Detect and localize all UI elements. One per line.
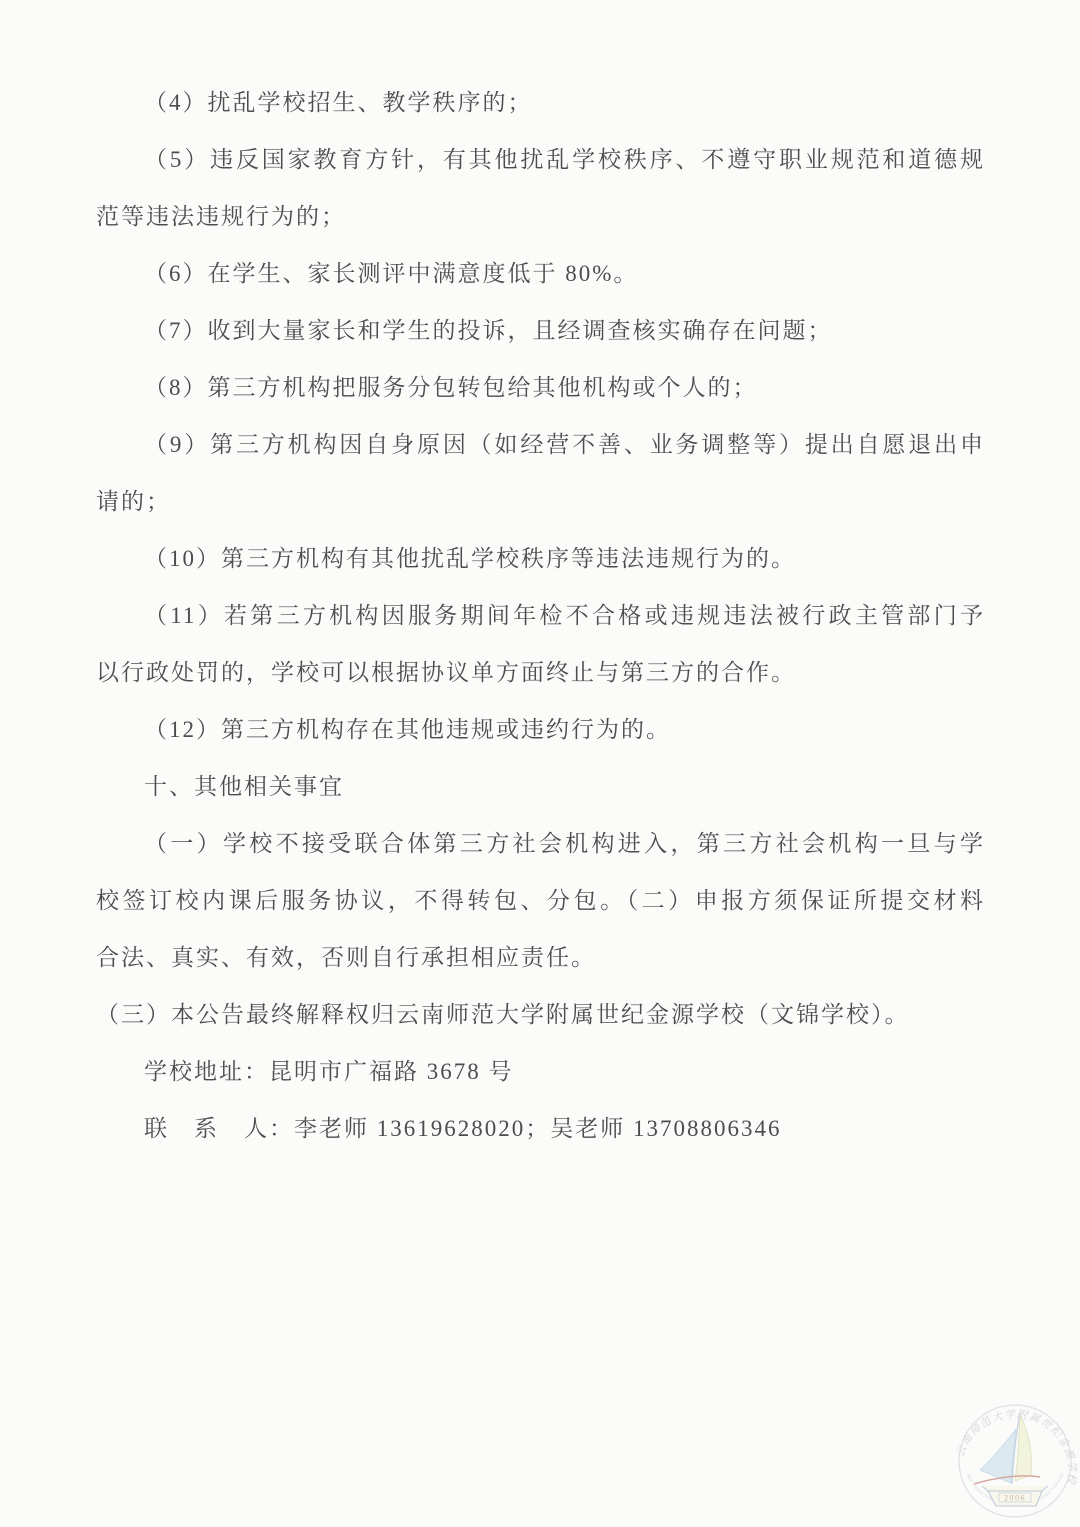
clause-line: （9）第三方机构因自身原因（如经营不善、业务调整等）提出自愿退出申	[96, 416, 985, 473]
school-address-line: 学校地址：昆明市广福路 3678 号	[96, 1043, 985, 1100]
clause-line: （10）第三方机构有其他扰乱学校秩序等违法违规行为的。	[96, 530, 985, 587]
seal-year-text: 2006	[1004, 1494, 1026, 1503]
clause-line: （5）违反国家教育方针，有其他扰乱学校秩序、不遵守职业规范和道德规	[96, 131, 985, 188]
document-body: （4）扰乱学校招生、教学秩序的； （5）违反国家教育方针，有其他扰乱学校秩序、不…	[96, 74, 985, 1157]
section-heading-line: 十、其他相关事宜	[96, 758, 985, 815]
clause-line: 以行政处罚的，学校可以根据协议单方面终止与第三方的合作。	[96, 644, 985, 701]
document-page: （4）扰乱学校招生、教学秩序的； （5）违反国家教育方针，有其他扰乱学校秩序、不…	[0, 0, 1080, 1527]
clause-line: （4）扰乱学校招生、教学秩序的；	[96, 74, 985, 131]
clause-line: （8）第三方机构把服务分包转包给其他机构或个人的；	[96, 359, 985, 416]
clause-line: （一）学校不接受联合体第三方社会机构进入，第三方社会机构一旦与学	[96, 815, 985, 872]
clause-line: 合法、真实、有效，否则自行承担相应责任。	[96, 929, 985, 986]
clause-line: 请的；	[96, 473, 985, 530]
clause-line: （12）第三方机构存在其他违规或违约行为的。	[96, 701, 985, 758]
clause-line: （11）若第三方机构因服务期间年检不合格或违规违法被行政主管部门予	[96, 587, 985, 644]
clause-line: （7）收到大量家长和学生的投诉，且经调查核实确存在问题；	[96, 302, 985, 359]
sailboat-left-sail	[980, 1429, 1016, 1483]
clause-line: 校签订校内课后服务协议，不得转包、分包。（二）申报方须保证所提交材料	[96, 872, 985, 929]
clause-line: （三）本公告最终解释权归云南师范大学附属世纪金源学校（文锦学校）。	[96, 986, 985, 1043]
clause-line: 范等违法违规行为的；	[96, 188, 985, 245]
clause-line: （6）在学生、家长测评中满意度低于 80%。	[96, 245, 985, 302]
contact-person-line: 联 系 人：李老师 13619628020；吴老师 13708806346	[96, 1100, 985, 1157]
school-seal-watermark: 云南师范大学附属世纪金源学校 Shiji Jinyuan School Atta…	[949, 1396, 1080, 1525]
